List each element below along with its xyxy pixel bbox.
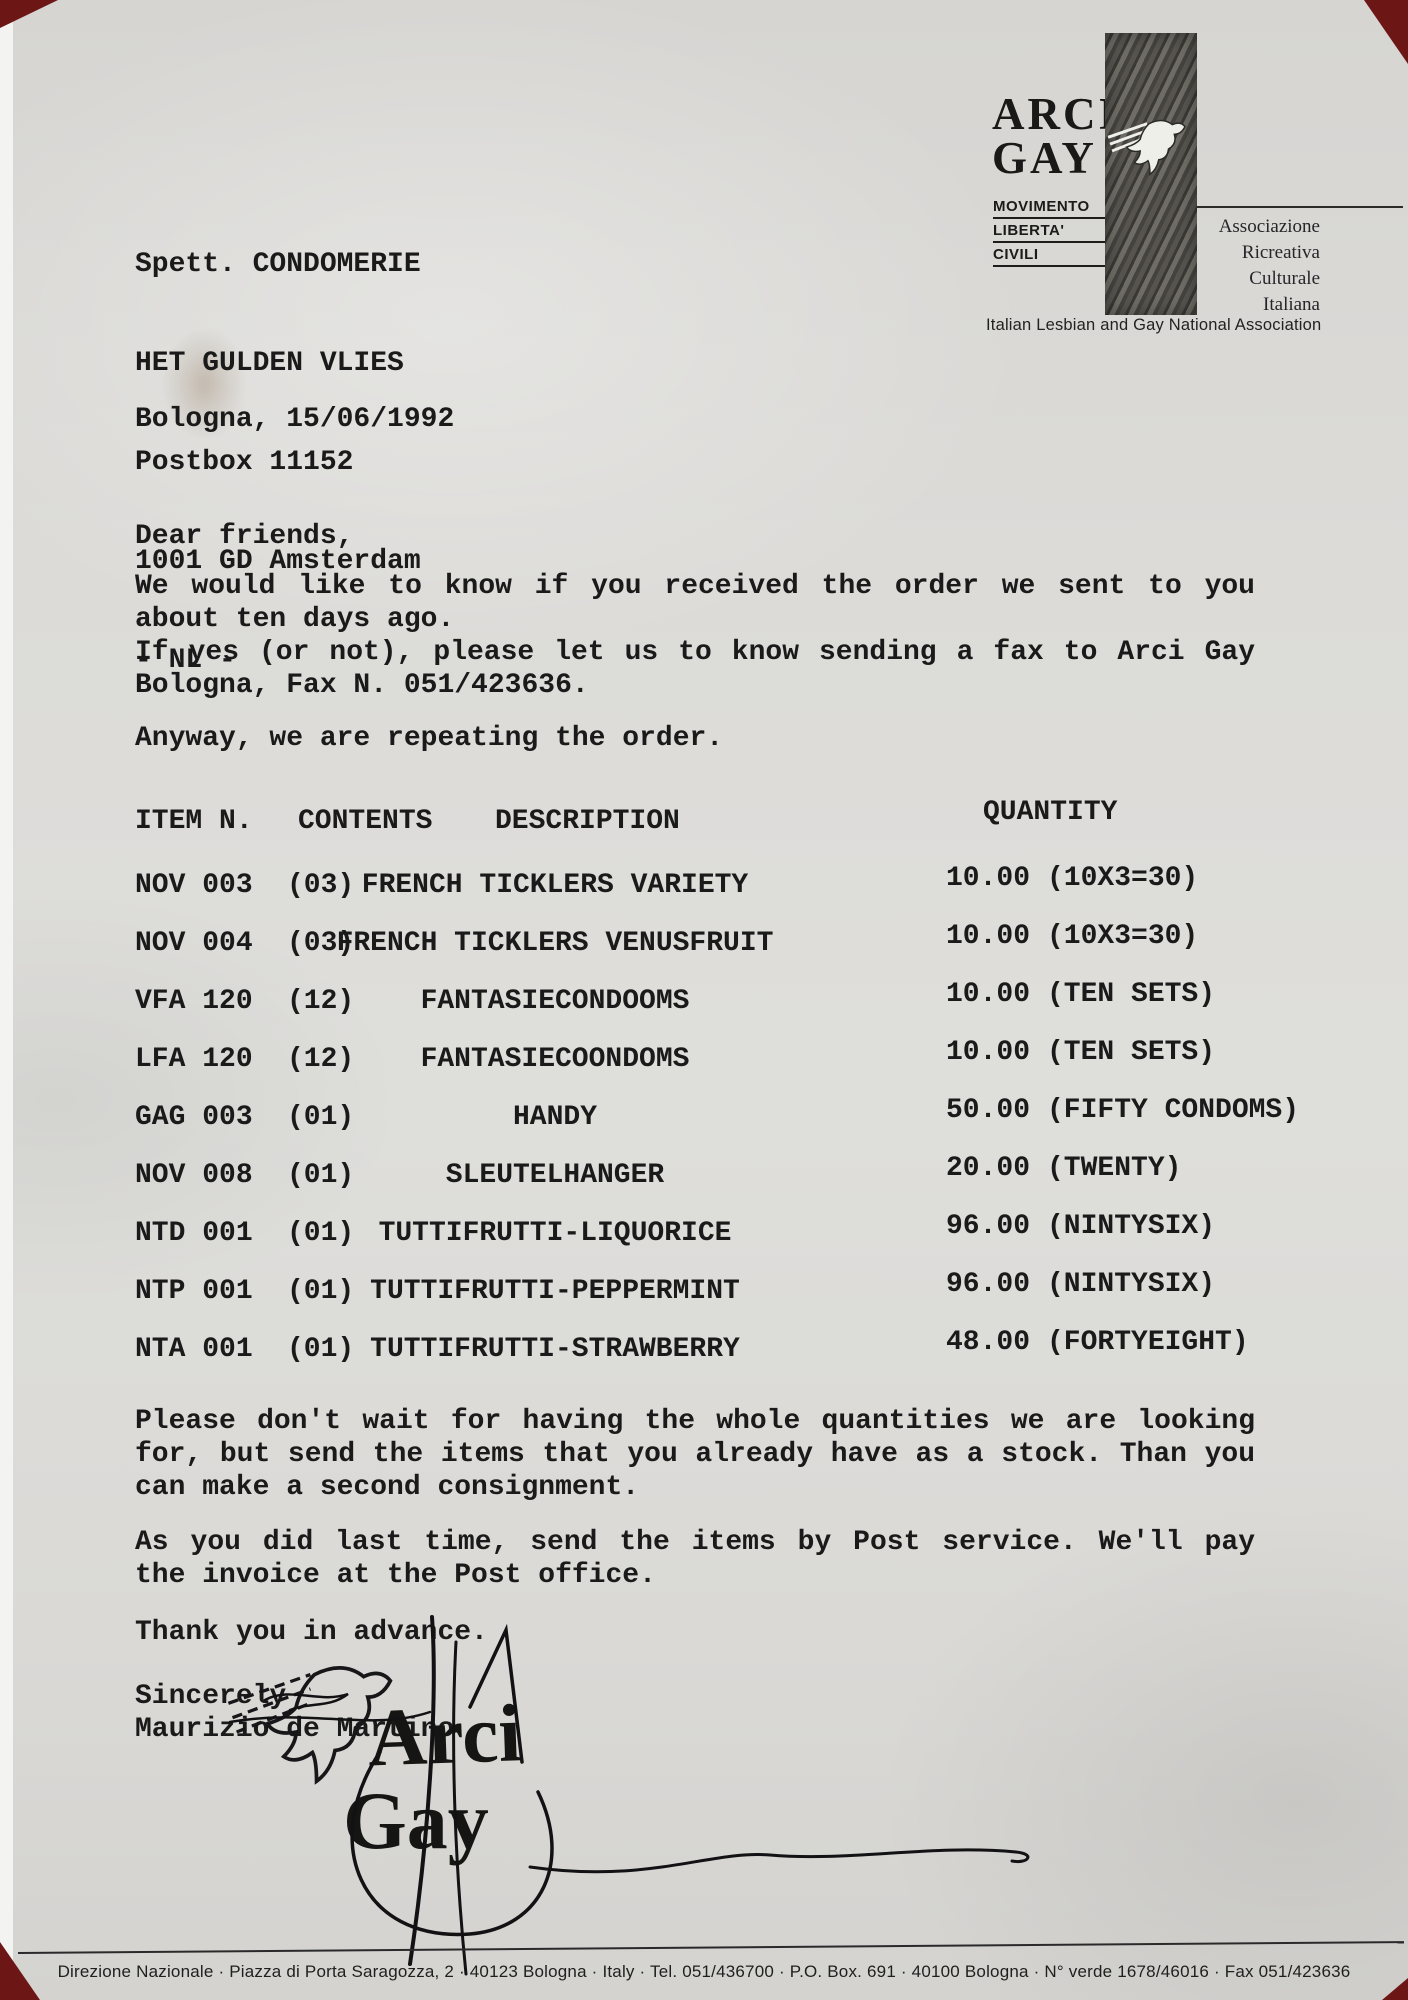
association-line: Culturale: [1206, 266, 1320, 292]
order-table-header: ITEM N. CONTENTS DESCRIPTION QUANTITY: [135, 806, 1380, 840]
quantity-value: 10.00: [835, 1037, 1030, 1068]
item-code: NTP 001: [135, 1276, 253, 1307]
quantity-value: 20.00: [835, 1153, 1030, 1184]
item-quantity: 20.00(TWENTY): [835, 1153, 1181, 1184]
table-row: NOV 008 (01) SLEUTELHANGER 20.00(TWENTY): [135, 1160, 1380, 1200]
letterhead-rule: [1197, 206, 1403, 208]
quantity-value: 10.00: [835, 863, 1030, 894]
pegasus-icon: [1098, 112, 1200, 186]
recipient-line: Spett. CONDOMERIE: [135, 248, 421, 281]
salutation: Dear friends,: [135, 520, 353, 553]
item-description: TUTTIFRUTTI-LIQUORICE: [320, 1218, 790, 1249]
table-row: VFA 120 (12) FANTASIECONDOOMS 10.00(TEN …: [135, 986, 1380, 1026]
quantity-value: 48.00: [835, 1327, 1030, 1358]
item-code: VFA 120: [135, 986, 253, 1017]
header-quantity: QUANTITY: [983, 797, 1117, 828]
item-description: TUTTIFRUTTI-STRAWBERRY: [320, 1334, 790, 1365]
scan-corner: [0, 0, 58, 28]
stamp-pegasus-icon: [228, 1668, 390, 1781]
letter-line: Please don't wait for having the whole q…: [135, 1405, 1255, 1438]
paragraph-3: Please don't wait for having the whole q…: [135, 1405, 1255, 1504]
quantity-value: 96.00: [835, 1269, 1030, 1300]
paragraph-4: As you did last time, send the items by …: [135, 1526, 1255, 1592]
association-line: Ricreativa: [1206, 240, 1320, 266]
quantity-note: (TWENTY): [1047, 1153, 1181, 1184]
item-quantity: 48.00(FORTYEIGHT): [835, 1327, 1249, 1358]
quantity-value: 10.00: [835, 921, 1030, 952]
letter-line: about ten days ago.: [135, 603, 1255, 636]
item-quantity: 10.00(TEN SETS): [835, 979, 1215, 1010]
quantity-note: (FIFTY CONDOMS): [1047, 1095, 1299, 1126]
motto-line-liberta: LIBERTA': [993, 222, 1107, 243]
quantity-note: (NINTYSIX): [1047, 1269, 1215, 1300]
dateline: Bologna, 15/06/1992: [135, 403, 454, 436]
quantity-value: 96.00: [835, 1211, 1030, 1242]
table-row: NTA 001 (01) TUTTIFRUTTI-STRAWBERRY 48.0…: [135, 1334, 1380, 1374]
paragraph-1: We would like to know if you received th…: [135, 570, 1255, 702]
header-item-n: ITEM N.: [135, 806, 253, 837]
item-quantity: 50.00(FIFTY CONDOMS): [835, 1095, 1299, 1126]
scan-corner: [1364, 0, 1408, 64]
table-row: NOV 004 (03) FRENCH TICKLERS VENUSFRUIT …: [135, 928, 1380, 968]
letter-line: can make a second consignment.: [135, 1471, 1255, 1504]
footer-address-line: Direzione Nazionale · Piazza di Porta Sa…: [0, 1962, 1408, 1982]
item-description: FANTASIECONDOOMS: [320, 986, 790, 1017]
item-description: FRENCH TICKLERS VENUSFRUIT: [320, 928, 790, 959]
item-quantity: 10.00(10X3=30): [835, 863, 1198, 894]
quantity-note: (10X3=30): [1047, 863, 1198, 894]
item-quantity: 96.00(NINTYSIX): [835, 1211, 1215, 1242]
paragraph-2: Anyway, we are repeating the order.: [135, 722, 723, 755]
item-quantity: 10.00(TEN SETS): [835, 1037, 1215, 1068]
scanned-letter-page: ARCI GAY MOVIMENTO LIBERTA' CIVILI Assoc…: [0, 0, 1408, 2000]
table-row: LFA 120 (12) FANTASIECOONDOMS 10.00(TEN …: [135, 1044, 1380, 1084]
table-row: NTP 001 (01) TUTTIFRUTTI-PEPPERMINT 96.0…: [135, 1276, 1380, 1316]
recipient-line: HET GULDEN VLIES: [135, 347, 421, 380]
letter-line: As you did last time, send the items by …: [135, 1526, 1255, 1559]
quantity-value: 10.00: [835, 979, 1030, 1010]
item-code: GAG 003: [135, 1102, 253, 1133]
header-description: DESCRIPTION: [495, 806, 680, 837]
scan-edge-strip: [0, 0, 13, 2000]
item-code: NOV 008: [135, 1160, 253, 1191]
item-quantity: 96.00(NINTYSIX): [835, 1269, 1215, 1300]
quantity-note: (NINTYSIX): [1047, 1211, 1215, 1242]
stamp-and-signature: Arci Gay: [170, 1612, 1050, 1992]
letter-line: We would like to know if you received th…: [135, 570, 1255, 603]
quantity-note: (TEN SETS): [1047, 979, 1215, 1010]
letterhead-motto: MOVIMENTO LIBERTA' CIVILI: [993, 198, 1107, 270]
quantity-value: 50.00: [835, 1095, 1030, 1126]
letter-line: the invoice at the Post office.: [135, 1559, 1255, 1592]
quantity-note: (TEN SETS): [1047, 1037, 1215, 1068]
motto-line-movimento: MOVIMENTO: [993, 198, 1107, 219]
order-table: ITEM N. CONTENTS DESCRIPTION QUANTITY NO…: [135, 806, 1380, 1406]
stamp-text-gay: Gay: [343, 1775, 489, 1866]
item-code: LFA 120: [135, 1044, 253, 1075]
table-row: GAG 003 (01) HANDY 50.00(FIFTY CONDOMS): [135, 1102, 1380, 1142]
item-code: NOV 003: [135, 870, 253, 901]
letterhead-tagline: Italian Lesbian and Gay National Associa…: [986, 316, 1321, 335]
letter-line: Bologna, Fax N. 051/423636.: [135, 669, 1255, 702]
item-description: TUTTIFRUTTI-PEPPERMINT: [320, 1276, 790, 1307]
item-description: SLEUTELHANGER: [320, 1160, 790, 1191]
recipient-line: Postbox 11152: [135, 446, 421, 479]
quantity-note: (10X3=30): [1047, 921, 1198, 952]
header-contents: CONTENTS: [298, 806, 432, 837]
letter-line: If yes (or not), please let us to know s…: [135, 636, 1255, 669]
letter-line: for, but send the items that you already…: [135, 1438, 1255, 1471]
quantity-note: (FORTYEIGHT): [1047, 1327, 1249, 1358]
item-description: HANDY: [320, 1102, 790, 1133]
letterhead-association: Associazione Ricreativa Culturale Italia…: [1206, 214, 1320, 318]
association-line: Italiana: [1206, 292, 1320, 318]
table-row: NTD 001 (01) TUTTIFRUTTI-LIQUORICE 96.00…: [135, 1218, 1380, 1258]
item-description: FRENCH TICKLERS VARIETY: [320, 870, 790, 901]
stamp-text-arci: Arci: [366, 1687, 522, 1783]
item-code: NOV 004: [135, 928, 253, 959]
motto-line-civili: CIVILI: [993, 246, 1107, 267]
item-description: FANTASIECOONDOMS: [320, 1044, 790, 1075]
item-code: NTD 001: [135, 1218, 253, 1249]
item-quantity: 10.00(10X3=30): [835, 921, 1198, 952]
table-row: NOV 003 (03) FRENCH TICKLERS VARIETY 10.…: [135, 870, 1380, 910]
association-line: Associazione: [1206, 214, 1320, 240]
item-code: NTA 001: [135, 1334, 253, 1365]
